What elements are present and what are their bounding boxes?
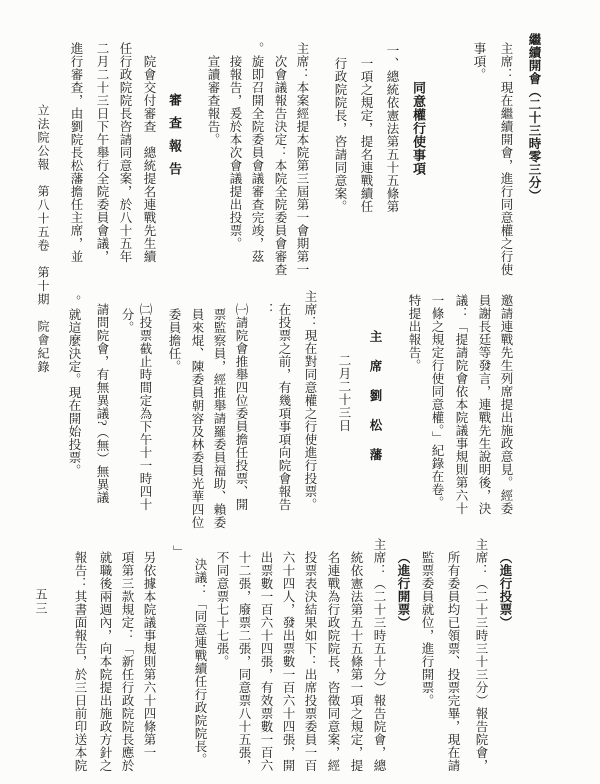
text-column: 報告：其書面報告，於三日前印送本院 xyxy=(73,538,86,778)
text-column: 邀請連戰先生列席提出施政意見。經委 xyxy=(499,290,512,530)
text-column: 不同意票七十七張。 xyxy=(215,538,228,778)
text-column: 所有委員均已領票、投票完畢，現在請 xyxy=(446,538,459,778)
text-column: 次會議報告決定：本院全院委員會審查 xyxy=(273,33,286,278)
text-column: 統依憲法第五十五條第一項之規定，提 xyxy=(349,538,362,778)
text-column: 事項。 xyxy=(472,33,485,278)
text-column: 。就這麼決定。現在開始投票。 xyxy=(67,290,80,530)
text-column: 六十四人，發出票數一百六十四張，開 xyxy=(281,538,294,778)
text-column: 主席：（二十三時五十分）報告院會，總 xyxy=(372,538,385,778)
text-column: 就職後兩週內，向本院提出施政方針之 xyxy=(98,538,111,778)
date-column: 二月二十三日 xyxy=(337,290,350,530)
text-column: 任行政院院長咨請同意案，於八十五年 xyxy=(118,33,131,278)
text-column: ： xyxy=(260,290,273,530)
band-middle: 邀請連戰先生列席提出施政意見。經委員謝長廷等發言，連戰先生說明後，決議：「提請院… xyxy=(67,290,512,530)
text-column: 在投票之前，有幾項事項向院會報告 xyxy=(277,290,290,530)
text-column: 。旋即召開全院委員會議審查完竣，茲 xyxy=(250,33,263,278)
text-column: 一項之規定，提名連戰續任 xyxy=(359,33,372,278)
text-column: 員來焜、陳委員朝容及林委員光華四位 xyxy=(190,290,203,530)
text-column: 監票委員就位，進行開票。 xyxy=(420,538,433,778)
section-heading: 審查報告 xyxy=(168,33,181,278)
chairman-name: 主席劉松藩 xyxy=(368,290,381,530)
text-column: 員謝長廷等發言，連戰先生說明後，決 xyxy=(477,290,490,530)
text-column: 另依據本院議事規則第六十四條第一 xyxy=(142,538,155,778)
text-column: 主席：現在對同意權之行使進行投票。 xyxy=(303,290,316,530)
text-column: 出票數一百六十四張，有效票數一百六 xyxy=(259,538,272,778)
text-column: 行政院院長，咨請同意案。 xyxy=(333,33,346,278)
text-column: 決議：「同意連戰續任行政院院長。 xyxy=(193,538,206,778)
text-column: 接報告，爰於本次會議提出投票。 xyxy=(228,33,241,278)
text-column: 主席：（二十三時三十三分）報告院會， xyxy=(474,538,487,778)
text-column: 分。 xyxy=(120,290,133,530)
section-heading: （進行開票） xyxy=(396,538,409,778)
text-column: 一條之規定行使同意權。」紀錄在卷。 xyxy=(430,290,443,530)
text-column: 項第三款規定：「新任行政院院長應於 xyxy=(120,538,133,778)
text-column: 主席：本案經提本院第三屆第一會期第一 xyxy=(295,33,308,278)
text-column: 十二張，廢票二張，同意票八十五張， xyxy=(237,538,250,778)
band-bottom: （進行投票）主席：（二十三時三十三分）報告院會，所有委員均已領票、投票完畢，現在… xyxy=(63,538,511,778)
text-column: 票監察員，經推舉請羅委員福助、賴委 xyxy=(212,290,225,530)
text-column: ㈠請院會推舉四位委員擔任投票、開 xyxy=(234,290,247,530)
section-heading: （進行投票） xyxy=(498,538,511,778)
section-heading: 繼續開會（二十三時零三分） xyxy=(527,33,540,278)
text-column: 議：「提請院會依本院議事規則第六十 xyxy=(454,290,467,530)
text-column: 名連戰為行政院院長，咨徵同意案，經 xyxy=(326,538,339,778)
text-column: 委員擔任。 xyxy=(167,290,180,530)
text-column: 主席：現在繼續開會，進行同意權之行使 xyxy=(499,33,512,278)
section-heading: 同意權行使事項 xyxy=(412,33,425,278)
page-number: 五三 xyxy=(34,588,48,616)
text-column: 請問院會，有無異議?（無）無異議 xyxy=(95,290,108,530)
gazette-page: { "page": { "spine_text": "立法院公報 第八十五卷 第… xyxy=(0,0,600,784)
text-column: 投票表決結果如下：出席投票委員一百 xyxy=(303,538,316,778)
text-column: 二月二十三日下午舉行全院委員會議， xyxy=(95,33,108,278)
band-top: 繼續開會（二十三時零三分）主席：現在繼續開會，進行同意權之行使事項。同意權行使事… xyxy=(69,33,540,278)
text-column: 進行審查，由劉院長松藩擔任主席，並 xyxy=(69,33,82,278)
text-column: 」 xyxy=(171,538,184,778)
text-column: 院會交付審查 總統提名連戰先生續 xyxy=(142,33,155,278)
text-column: 宣讀審查報告。 xyxy=(206,33,219,278)
spine-caption: 立法院公報 第八十五卷 第十期 院會紀錄 xyxy=(36,104,50,374)
text-column: ㈡投票截止時間定為下午十一時四十 xyxy=(138,290,151,530)
text-column: 特提出報告。 xyxy=(407,290,420,530)
text-column: 一、總統依憲法第五十五條第 xyxy=(385,33,398,278)
